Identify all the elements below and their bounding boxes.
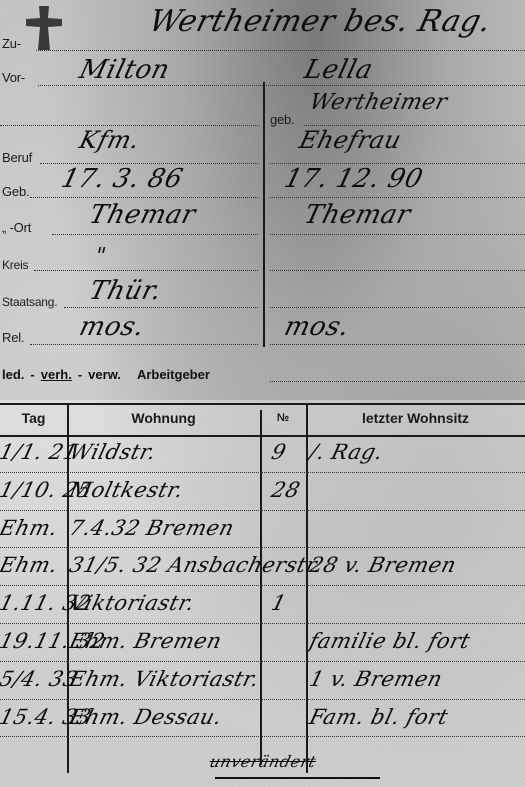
row-line	[0, 699, 525, 700]
firstname-label: Vor-	[2, 70, 25, 85]
wife-birth-place: Themar	[301, 200, 414, 230]
row-line	[0, 585, 525, 586]
wife-occupation: Ehefrau	[297, 126, 405, 154]
row-line	[0, 623, 525, 624]
citizenship-line-left	[64, 307, 258, 308]
header-number: №	[260, 412, 306, 424]
marital-widowed: verw.	[88, 367, 121, 382]
marital-single: led.	[2, 367, 24, 382]
row-residence: 31/5. 32 Ansbacherstr.	[67, 553, 325, 577]
row-last-residence: familie bl. fort	[307, 629, 473, 653]
husband-district: "	[92, 244, 109, 269]
citizenship-line-right	[270, 307, 525, 308]
row-line	[0, 661, 525, 662]
row-residence: Ehm. Viktoriastr.	[67, 667, 262, 691]
birth-place-line-left	[52, 234, 258, 235]
row-number: 28	[269, 478, 303, 502]
husband-religion: mos.	[76, 312, 147, 342]
row-line	[0, 510, 525, 511]
marital-separator: -	[30, 367, 34, 382]
column-divider	[263, 82, 265, 347]
registration-card: Zu- Wertheimer bes. Rag. Vor- Milton Lel…	[0, 0, 525, 787]
surname-label: Zu-	[2, 36, 21, 51]
marital-status-row: led. - verh. - verw. Arbeitgeber	[2, 367, 210, 382]
husband-birth-date: 17. 3. 86	[58, 164, 186, 194]
surname-line	[36, 50, 525, 51]
table-col-divider	[260, 410, 262, 765]
wife-birth-date: 17. 12. 90	[281, 164, 426, 194]
row-residence: Ehm. Dessau.	[67, 705, 225, 729]
marital-separator: -	[78, 367, 82, 382]
table-top-border	[0, 403, 525, 405]
struck-note: unverändert	[208, 752, 319, 771]
citizenship-label: Staatsang.	[2, 295, 57, 309]
employer-label: Arbeitgeber	[137, 367, 210, 382]
surname-value: Wertheimer bes. Rag.	[146, 4, 495, 39]
row-date: Ehm.	[0, 516, 60, 540]
wife-maiden-name: Wertheimer	[307, 90, 450, 115]
wife-religion: mos.	[281, 312, 352, 342]
row-last-residence: /. Rag.	[307, 440, 386, 464]
row-line	[0, 547, 525, 548]
district-label: Kreis	[2, 258, 28, 272]
row-residence: Viktoriastr.	[67, 591, 197, 615]
row-line	[0, 472, 525, 473]
occupation-label: Beruf	[2, 150, 32, 165]
row-line	[0, 736, 525, 737]
header-wohnung: Wohnung	[67, 410, 260, 426]
table-header-border	[0, 435, 525, 437]
row-residence: Moltkestr.	[67, 478, 186, 502]
header-tag: Tag	[0, 410, 67, 426]
firstname-line	[38, 85, 525, 86]
maiden-label: geb.	[270, 112, 295, 127]
employer-line	[270, 381, 525, 382]
row-date: Ehm.	[0, 553, 60, 577]
row-last-residence: 1 v. Bremen	[307, 667, 445, 691]
religion-line-left	[30, 344, 258, 345]
husband-firstname: Milton	[76, 55, 173, 85]
note-underline	[215, 777, 380, 779]
religion-line-right	[270, 344, 525, 345]
wife-firstname: Lella	[301, 55, 376, 85]
header-letzter-wohnsitz: letzter Wohnsitz	[306, 410, 525, 426]
birth-place-label: „ -Ort	[2, 220, 31, 235]
district-line-right	[270, 270, 525, 271]
husband-birth-place: Themar	[86, 200, 199, 230]
row-residence: Ehm. Bremen	[67, 629, 224, 653]
birth-label: Geb.	[2, 184, 29, 199]
row-last-residence: 28 v. Bremen	[307, 553, 459, 577]
row-last-residence: Fam. bl. fort	[307, 705, 451, 729]
husband-occupation: Kfm.	[77, 126, 143, 154]
row-residence: 7.4.32 Bremen	[67, 516, 237, 540]
marital-married: verh.	[41, 367, 72, 382]
birth-place-line-right	[270, 234, 525, 235]
birth-line-left	[30, 197, 258, 198]
husband-citizenship: Thür.	[86, 276, 165, 306]
district-line-left	[34, 270, 258, 271]
religion-label: Rel.	[2, 330, 24, 345]
birth-line-right	[270, 197, 525, 198]
cross-icon	[26, 6, 62, 50]
row-residence: Wildstr.	[67, 440, 159, 464]
